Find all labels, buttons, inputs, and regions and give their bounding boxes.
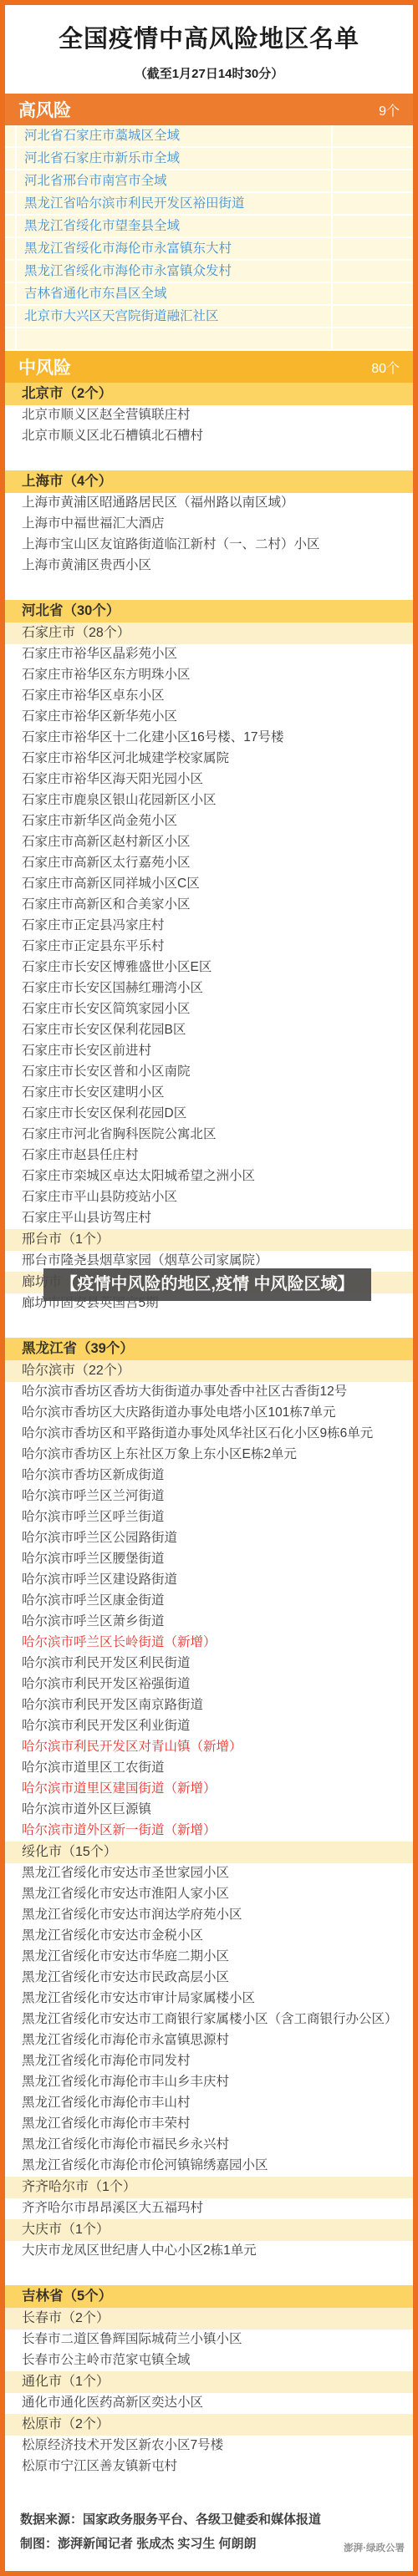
risk-area-row: 石家庄平山县访驾庄村 bbox=[5, 1208, 413, 1229]
row-text: 大庆市龙凤区世纪唐人中心小区2栋1单元 bbox=[22, 2241, 413, 2262]
high-risk-row: 黑龙江省哈尔滨市利民开发区裕田街道 bbox=[5, 193, 413, 214]
spacer-row bbox=[5, 577, 413, 600]
risk-area-row: 石家庄市长安区保利花园B区 bbox=[5, 1020, 413, 1041]
risk-area-row: 石家庄市栾城区卓达太阳城希望之洲小区 bbox=[5, 1166, 413, 1187]
province-header-row: 黑龙江省（39个） bbox=[5, 1338, 413, 1360]
city-header-row: 绥化市（15个） bbox=[5, 1842, 413, 1863]
row-text: 大庆市（1个） bbox=[22, 2219, 413, 2241]
table-cell bbox=[5, 238, 15, 259]
risk-area-row: 石家庄市新华区尚金苑小区 bbox=[5, 811, 413, 832]
high-risk-row bbox=[5, 328, 413, 349]
risk-area-row: 黑龙江省绥化市安达市民政高层小区 bbox=[5, 1968, 413, 1989]
risk-area-row: 哈尔滨市呼兰区兰河街道 bbox=[5, 1486, 413, 1507]
spacer-row bbox=[5, 2262, 413, 2285]
row-text: 石家庄市裕华区十二化建小区16号楼、17号楼 bbox=[22, 728, 413, 749]
row-text: 石家庄市长安区简筑家园小区 bbox=[22, 999, 413, 1020]
risk-area-row: 黑龙江省绥化市安达市淮阳人家小区 bbox=[5, 1884, 413, 1905]
risk-area-row: 石家庄市长安区博雅盛世小区E区 bbox=[5, 958, 413, 978]
risk-area-row: 上海市黄浦区贵西小区 bbox=[5, 556, 413, 577]
risk-area-row: 石家庄市长安区国赫红珊湾小区 bbox=[5, 978, 413, 999]
risk-area-row: 哈尔滨市香坊区和平路街道办事处风华社区石化小区9栋6单元 bbox=[5, 1424, 413, 1445]
risk-area-row: 哈尔滨市呼兰区腰堡街道 bbox=[5, 1549, 413, 1570]
province-header-row: 北京市（2个） bbox=[5, 383, 413, 405]
city-header-row: 哈尔滨市（22个） bbox=[5, 1360, 413, 1382]
risk-area-row: 哈尔滨市道里区工农街道 bbox=[5, 1758, 413, 1779]
risk-area-row: 黑龙江省绥化市海伦市永富镇思源村 bbox=[5, 2030, 413, 2051]
row-text: 石家庄市高新区赵村新区小区 bbox=[22, 832, 413, 853]
row-text: 黑龙江省绥化市安达市金税小区 bbox=[22, 1926, 413, 1947]
city-header-row: 邢台市（1个） bbox=[5, 1229, 413, 1251]
risk-area-row: 哈尔滨市道外区新一街道（新增） bbox=[5, 1821, 413, 1842]
row-text: 哈尔滨市道里区工农街道 bbox=[22, 1758, 413, 1779]
table-cell bbox=[333, 238, 413, 259]
table-cell bbox=[5, 125, 15, 146]
risk-area-text: 黑龙江省哈尔滨市利民开发区裕田街道 bbox=[17, 193, 331, 214]
row-text: 黑龙江省绥化市海伦市福民乡永兴村 bbox=[22, 2135, 413, 2156]
table-cell bbox=[5, 261, 15, 282]
table-cell bbox=[333, 216, 413, 236]
city-header-row: 长春市（2个） bbox=[5, 2308, 413, 2330]
infographic-page: 全国疫情中高风险地区名单 （截至1月27日14时30分） 高风险 9个 河北省石… bbox=[0, 0, 418, 2576]
row-text: 黑龙江省绥化市安达市审计局家属楼小区 bbox=[22, 1989, 413, 2009]
row-text: 黑龙江省绥化市安达市圣世家园小区 bbox=[22, 1863, 413, 1884]
table-cell bbox=[5, 306, 15, 327]
risk-area-text: 河北省邢台市南宫市全域 bbox=[17, 170, 331, 191]
row-text: 黑龙江省绥化市安达市华庭二期小区 bbox=[22, 1947, 413, 1968]
risk-area-row: 上海市黄浦区昭通路居民区（福州路以南区域） bbox=[5, 493, 413, 514]
city-header-row: 松原市（2个） bbox=[5, 2414, 413, 2436]
risk-area-row: 石家庄市河北省胸科医院公寓北区 bbox=[5, 1125, 413, 1146]
risk-area-text: 河北省石家庄市藁城区全域 bbox=[17, 125, 331, 146]
row-text: 北京市顺义区北石槽镇北石槽村 bbox=[22, 426, 413, 447]
spacer-row bbox=[5, 1314, 413, 1338]
row-text: 哈尔滨市香坊区大庆路街道办事处电塔小区101栋7单元 bbox=[22, 1403, 413, 1424]
page-header: 全国疫情中高风险地区名单 （截至1月27日14时30分） bbox=[5, 5, 413, 94]
high-risk-table: 河北省石家庄市藁城区全域河北省石家庄市新乐市全域河北省邢台市南宫市全域黑龙江省哈… bbox=[5, 125, 413, 351]
row-text: 吉林省（5个） bbox=[22, 2285, 413, 2308]
row-text: 哈尔滨市香坊区和平路街道办事处风华社区石化小区9栋6单元 bbox=[22, 1424, 413, 1445]
row-text: 石家庄市裕华区河北城建学校家属院 bbox=[22, 749, 413, 770]
risk-area-row: 黑龙江省绥化市海伦市丰山乡丰庆村 bbox=[5, 2072, 413, 2093]
row-text: 石家庄市正定县冯家庄村 bbox=[22, 916, 413, 937]
high-risk-row: 河北省石家庄市藁城区全域 bbox=[5, 125, 413, 146]
table-cell bbox=[5, 170, 15, 191]
row-text: 长春市公主岭市范家屯镇全域 bbox=[22, 2350, 413, 2371]
high-risk-row: 河北省石家庄市新乐市全域 bbox=[5, 148, 413, 169]
row-text: 石家庄市赵县任庄村 bbox=[22, 1146, 413, 1166]
risk-area-row: 哈尔滨市呼兰区长岭街道（新增） bbox=[5, 1633, 413, 1654]
risk-area-row: 哈尔滨市利民开发区对青山镇（新增） bbox=[5, 1737, 413, 1758]
row-text: 齐齐哈尔市昂昂溪区大五福玛村 bbox=[22, 2198, 413, 2219]
high-risk-row: 吉林省通化市东昌区全域 bbox=[5, 283, 413, 304]
row-text: 松原市宁江区善友镇新屯村 bbox=[22, 2457, 413, 2477]
row-text: 哈尔滨市利民开发区裕强街道 bbox=[22, 1674, 413, 1695]
risk-area-row: 通化市通化医药高新区奕达小区 bbox=[5, 2393, 413, 2414]
high-risk-row: 黑龙江省绥化市海伦市永富镇东大村 bbox=[5, 238, 413, 259]
table-cell bbox=[333, 148, 413, 169]
risk-area-row: 哈尔滨市呼兰区建设路街道 bbox=[5, 1570, 413, 1591]
table-cell bbox=[333, 125, 413, 146]
risk-area-row: 黑龙江省绥化市安达市润达学府苑小区 bbox=[5, 1905, 413, 1926]
risk-area-row: 哈尔滨市呼兰区康金街道 bbox=[5, 1591, 413, 1612]
risk-area-row: 北京市顺义区北石槽镇北石槽村 bbox=[5, 426, 413, 447]
row-text: 黑龙江省绥化市安达市淮阳人家小区 bbox=[22, 1884, 413, 1905]
table-cell bbox=[333, 328, 413, 349]
row-text: 上海市宝山区友谊路街道临江新村（一、二村）小区 bbox=[22, 535, 413, 556]
row-text: 松原经济技术开发区新农小区7号楼 bbox=[22, 2436, 413, 2457]
row-text: 石家庄市裕华区卓东小区 bbox=[22, 686, 413, 707]
row-text: 松原市（2个） bbox=[22, 2414, 413, 2436]
spacer-row bbox=[5, 447, 413, 470]
risk-area-row: 黑龙江省绥化市安达市华庭二期小区 bbox=[5, 1947, 413, 1968]
row-text: 哈尔滨市道里区建国街道（新增） bbox=[22, 1779, 413, 1800]
risk-area-row: 哈尔滨市呼兰区呼兰街道 bbox=[5, 1507, 413, 1528]
row-text: 石家庄市栾城区卓达太阳城希望之洲小区 bbox=[22, 1166, 413, 1187]
row-text: 长春市（2个） bbox=[22, 2308, 413, 2330]
table-cell bbox=[333, 306, 413, 327]
row-text: 邢台市（1个） bbox=[22, 1229, 413, 1251]
row-text: 哈尔滨市（22个） bbox=[22, 1360, 413, 1382]
medium-risk-section-band: 中风险 80个 bbox=[5, 351, 413, 383]
province-header-row: 河北省（30个） bbox=[5, 600, 413, 622]
row-text: 石家庄市平山县防疫站小区 bbox=[22, 1187, 413, 1208]
page-title: 全国疫情中高风险地区名单 bbox=[12, 20, 406, 54]
city-header-row: 通化市（1个） bbox=[5, 2371, 413, 2393]
row-text: 石家庄市鹿泉区银山花园新区小区 bbox=[22, 790, 413, 811]
risk-area-row: 石家庄市裕华区晶彩苑小区 bbox=[5, 644, 413, 665]
row-text: 石家庄市正定县东平乐村 bbox=[22, 937, 413, 958]
risk-area-row: 哈尔滨市利民开发区利业街道 bbox=[5, 1716, 413, 1737]
row-text: 哈尔滨市呼兰区萧乡街道 bbox=[22, 1612, 413, 1633]
risk-area-row: 哈尔滨市呼兰区公园路街道 bbox=[5, 1528, 413, 1549]
pengpai-logo: 澎湃·绿政公署 bbox=[344, 2541, 405, 2554]
table-cell bbox=[5, 328, 15, 349]
risk-area-row: 黑龙江省绥化市海伦市丰荣村 bbox=[5, 2114, 413, 2135]
province-header-row: 上海市（4个） bbox=[5, 470, 413, 493]
risk-area-row: 黑龙江省绥化市安达市圣世家园小区 bbox=[5, 1863, 413, 1884]
risk-area-row: 石家庄市裕华区十二化建小区16号楼、17号楼 bbox=[5, 728, 413, 749]
province-header-row: 吉林省（5个） bbox=[5, 2285, 413, 2308]
risk-area-row: 黑龙江省绥化市安达市审计局家属楼小区 bbox=[5, 1989, 413, 2009]
risk-area-row: 哈尔滨市利民开发区裕强街道 bbox=[5, 1674, 413, 1695]
row-text: 上海市（4个） bbox=[22, 470, 413, 493]
row-text: 哈尔滨市道外区新一街道（新增） bbox=[22, 1821, 413, 1842]
risk-area-row: 松原市宁江区善友镇新屯村 bbox=[5, 2457, 413, 2477]
risk-area-row: 石家庄市裕华区河北城建学校家属院 bbox=[5, 749, 413, 770]
watermark-overlay: 【疫情中风险的地区,疫情 中风险区域】 bbox=[43, 1268, 371, 1301]
row-text: 石家庄市长安区保利花园B区 bbox=[22, 1020, 413, 1041]
table-cell bbox=[5, 216, 15, 236]
risk-area-row: 哈尔滨市香坊区香坊大街街道办事处香中社区古香街12号 bbox=[5, 1382, 413, 1403]
risk-area-row: 长春市二道区鲁辉国际城荷兰小镇小区 bbox=[5, 2330, 413, 2350]
risk-area-row: 黑龙江省绥化市安达市金税小区 bbox=[5, 1926, 413, 1947]
table-cell bbox=[333, 170, 413, 191]
row-text: 哈尔滨市利民开发区南京路街道 bbox=[22, 1695, 413, 1716]
page-footer: 数据来源：国家政务服务平台、各级卫健委和媒体报道 制图：澎湃新闻记者 张成杰 实… bbox=[5, 2487, 413, 2571]
risk-area-row: 石家庄市赵县任庄村 bbox=[5, 1146, 413, 1166]
row-text: 哈尔滨市利民开发区利业街道 bbox=[22, 1716, 413, 1737]
risk-area-row: 石家庄市正定县冯家庄村 bbox=[5, 916, 413, 937]
risk-area-row: 松原经济技术开发区新农小区7号楼 bbox=[5, 2436, 413, 2457]
row-text: 通化市通化医药高新区奕达小区 bbox=[22, 2393, 413, 2414]
row-text: 黑龙江省绥化市安达市民政高层小区 bbox=[22, 1968, 413, 1989]
city-header-row: 廊坊市（1个）【疫情中风险的地区,疫情 中风险区域】 bbox=[5, 1272, 413, 1293]
risk-area-row: 黑龙江省绥化市安达市工商银行家属楼小区（含工商银行办公区） bbox=[5, 2009, 413, 2030]
risk-area-row: 上海市中福世福汇大酒店 bbox=[5, 514, 413, 535]
row-text: 北京市（2个） bbox=[22, 383, 413, 405]
row-text: 黑龙江省绥化市海伦市丰山乡丰庆村 bbox=[22, 2072, 413, 2093]
row-text: 石家庄市高新区太行嘉苑小区 bbox=[22, 853, 413, 874]
risk-area-text: 河北省石家庄市新乐市全域 bbox=[17, 148, 331, 169]
risk-area-row: 黑龙江省绥化市海伦市同发村 bbox=[5, 2051, 413, 2072]
risk-area-row: 石家庄市裕华区海天阳光园小区 bbox=[5, 770, 413, 790]
medium-risk-list: 北京市（2个）北京市顺义区赵全营镇联庄村北京市顺义区北石槽镇北石槽村上海市（4个… bbox=[5, 383, 413, 2477]
row-text: 哈尔滨市利民开发区利民街道 bbox=[22, 1654, 413, 1674]
row-text: 上海市黄浦区昭通路居民区（福州路以南区域） bbox=[22, 493, 413, 514]
risk-area-row: 上海市宝山区友谊路街道临江新村（一、二村）小区 bbox=[5, 535, 413, 556]
row-text: 石家庄市长安区博雅盛世小区E区 bbox=[22, 958, 413, 978]
row-text: 哈尔滨市呼兰区腰堡街道 bbox=[22, 1549, 413, 1570]
high-risk-row: 北京市大兴区天宫院街道融汇社区 bbox=[5, 306, 413, 327]
row-text: 黑龙江省绥化市安达市润达学府苑小区 bbox=[22, 1905, 413, 1926]
risk-area-row: 石家庄市长安区建明小区 bbox=[5, 1083, 413, 1104]
row-text: 河北省（30个） bbox=[22, 600, 413, 622]
risk-area-row: 石家庄市长安区保利花园D区 bbox=[5, 1104, 413, 1125]
risk-area-text: 黑龙江省绥化市海伦市永富镇众发村 bbox=[17, 261, 331, 282]
risk-area-row: 哈尔滨市利民开发区南京路街道 bbox=[5, 1695, 413, 1716]
risk-area-row: 北京市顺义区赵全营镇联庄村 bbox=[5, 405, 413, 426]
row-text: 黑龙江省绥化市海伦市伦河镇锦绣嘉园小区 bbox=[22, 2156, 413, 2177]
row-text: 黑龙江省绥化市海伦市丰山村 bbox=[22, 2093, 413, 2114]
risk-area-row: 齐齐哈尔市昂昂溪区大五福玛村 bbox=[5, 2198, 413, 2219]
table-cell bbox=[5, 193, 15, 214]
risk-area-row: 黑龙江省绥化市海伦市丰山村 bbox=[5, 2093, 413, 2114]
row-text: 石家庄市裕华区新华苑小区 bbox=[22, 707, 413, 728]
row-text: 哈尔滨市呼兰区建设路街道 bbox=[22, 1570, 413, 1591]
row-text: 石家庄市裕华区东方明珠小区 bbox=[22, 665, 413, 686]
medium-risk-count-badge: 80个 bbox=[371, 358, 400, 377]
risk-area-text bbox=[17, 328, 331, 349]
risk-area-row: 石家庄市长安区简筑家园小区 bbox=[5, 999, 413, 1020]
risk-area-row: 哈尔滨市香坊区大庆路街道办事处电塔小区101栋7单元 bbox=[5, 1403, 413, 1424]
risk-area-row: 石家庄市高新区太行嘉苑小区 bbox=[5, 853, 413, 874]
row-text: 石家庄市长安区前进村 bbox=[22, 1041, 413, 1062]
row-text: 上海市黄浦区贵西小区 bbox=[22, 556, 413, 577]
row-text: 石家庄市长安区保利花园D区 bbox=[22, 1104, 413, 1125]
row-text: 哈尔滨市香坊区香坊大街街道办事处香中社区古香街12号 bbox=[22, 1382, 413, 1403]
risk-area-row: 石家庄市高新区赵村新区小区 bbox=[5, 832, 413, 853]
risk-area-row: 石家庄市高新区和合美家小区 bbox=[5, 895, 413, 916]
risk-area-text: 黑龙江省绥化市望奎县全域 bbox=[17, 216, 331, 236]
table-cell bbox=[5, 148, 15, 169]
row-text: 石家庄市新华区尚金苑小区 bbox=[22, 811, 413, 832]
city-header-row: 齐齐哈尔市（1个） bbox=[5, 2177, 413, 2198]
row-text: 上海市中福世福汇大酒店 bbox=[22, 514, 413, 535]
row-text: 石家庄市河北省胸科医院公寓北区 bbox=[22, 1125, 413, 1146]
row-text: 哈尔滨市呼兰区公园路街道 bbox=[22, 1528, 413, 1549]
high-risk-row: 河北省邢台市南宫市全域 bbox=[5, 170, 413, 191]
high-risk-row: 黑龙江省绥化市望奎县全域 bbox=[5, 216, 413, 236]
risk-area-row: 黑龙江省绥化市海伦市伦河镇锦绣嘉园小区 bbox=[5, 2156, 413, 2177]
row-text: 黑龙江省（39个） bbox=[22, 1338, 413, 1360]
row-text: 哈尔滨市呼兰区呼兰街道 bbox=[22, 1507, 413, 1528]
row-text: 哈尔滨市道外区巨源镇 bbox=[22, 1800, 413, 1821]
risk-area-text: 黑龙江省绥化市海伦市永富镇东大村 bbox=[17, 238, 331, 259]
row-text: 长春市二道区鲁辉国际城荷兰小镇小区 bbox=[22, 2330, 413, 2350]
risk-area-row: 哈尔滨市道里区建国街道（新增） bbox=[5, 1779, 413, 1800]
risk-area-row: 哈尔滨市利民开发区利民街道 bbox=[5, 1654, 413, 1674]
row-text: 哈尔滨市利民开发区对青山镇（新增） bbox=[22, 1737, 413, 1758]
row-text: 石家庄市长安区国赫红珊湾小区 bbox=[22, 978, 413, 999]
risk-area-row: 石家庄市裕华区新华苑小区 bbox=[5, 707, 413, 728]
risk-area-text: 吉林省通化市东昌区全域 bbox=[17, 283, 331, 304]
row-text: 哈尔滨市呼兰区长岭街道（新增） bbox=[22, 1633, 413, 1654]
risk-area-row: 石家庄市裕华区东方明珠小区 bbox=[5, 665, 413, 686]
row-text: 石家庄市长安区建明小区 bbox=[22, 1083, 413, 1104]
row-text: 哈尔滨市香坊区上东社区万象上东小区E栋2单元 bbox=[22, 1445, 413, 1466]
risk-area-row: 石家庄市鹿泉区银山花园新区小区 bbox=[5, 790, 413, 811]
risk-area-row: 哈尔滨市道外区巨源镇 bbox=[5, 1800, 413, 1821]
risk-area-row: 哈尔滨市呼兰区萧乡街道 bbox=[5, 1612, 413, 1633]
risk-area-row: 石家庄市正定县东平乐村 bbox=[5, 937, 413, 958]
row-text: 石家庄市裕华区海天阳光园小区 bbox=[22, 770, 413, 790]
row-text: 黑龙江省绥化市海伦市永富镇思源村 bbox=[22, 2030, 413, 2051]
risk-area-row: 石家庄市长安区普和小区南院 bbox=[5, 1062, 413, 1083]
row-text: 石家庄市（28个） bbox=[22, 622, 413, 644]
medium-risk-label: 中风险 bbox=[18, 354, 71, 379]
risk-area-text: 北京市大兴区天宫院街道融汇社区 bbox=[17, 306, 331, 327]
risk-area-row: 哈尔滨市香坊区上东社区万象上东小区E栋2单元 bbox=[5, 1445, 413, 1466]
row-text: 通化市（1个） bbox=[22, 2371, 413, 2393]
row-text: 黑龙江省绥化市安达市工商银行家属楼小区（含工商银行办公区） bbox=[22, 2009, 413, 2030]
row-text: 黑龙江省绥化市海伦市丰荣村 bbox=[22, 2114, 413, 2135]
risk-area-row: 黑龙江省绥化市海伦市福民乡永兴村 bbox=[5, 2135, 413, 2156]
row-text: 石家庄市裕华区晶彩苑小区 bbox=[22, 644, 413, 665]
risk-area-row: 大庆市龙凤区世纪唐人中心小区2栋1单元 bbox=[5, 2241, 413, 2262]
risk-area-row: 石家庄市平山县防疫站小区 bbox=[5, 1187, 413, 1208]
table-cell bbox=[5, 283, 15, 304]
row-text: 石家庄市高新区和合美家小区 bbox=[22, 895, 413, 916]
high-risk-row: 黑龙江省绥化市海伦市永富镇众发村 bbox=[5, 261, 413, 282]
row-text: 哈尔滨市呼兰区兰河街道 bbox=[22, 1486, 413, 1507]
risk-area-row: 石家庄市高新区同祥城小区C区 bbox=[5, 874, 413, 895]
table-cell bbox=[333, 283, 413, 304]
row-text: 哈尔滨市呼兰区康金街道 bbox=[22, 1591, 413, 1612]
row-text: 石家庄市长安区普和小区南院 bbox=[22, 1062, 413, 1083]
table-cell bbox=[333, 193, 413, 214]
risk-area-row: 石家庄市长安区前进村 bbox=[5, 1041, 413, 1062]
risk-area-row: 长春市公主岭市范家屯镇全域 bbox=[5, 2350, 413, 2371]
high-risk-label: 高风险 bbox=[18, 97, 71, 122]
page-subtitle: （截至1月27日14时30分） bbox=[12, 64, 406, 82]
high-risk-section-band: 高风险 9个 bbox=[5, 94, 413, 125]
risk-area-row: 哈尔滨市香坊区新成街道 bbox=[5, 1466, 413, 1486]
row-text: 黑龙江省绥化市海伦市同发村 bbox=[22, 2051, 413, 2072]
city-header-row: 石家庄市（28个） bbox=[5, 622, 413, 644]
row-text: 石家庄平山县访驾庄村 bbox=[22, 1208, 413, 1229]
table-cell bbox=[333, 261, 413, 282]
data-source-text: 数据来源：国家政务服务平台、各级卫健委和媒体报道 bbox=[20, 2508, 410, 2533]
risk-area-row: 石家庄市裕华区卓东小区 bbox=[5, 686, 413, 707]
city-header-row: 大庆市（1个） bbox=[5, 2219, 413, 2241]
row-text: 北京市顺义区赵全营镇联庄村 bbox=[22, 405, 413, 426]
row-text: 绥化市（15个） bbox=[22, 1842, 413, 1863]
row-text: 齐齐哈尔市（1个） bbox=[22, 2177, 413, 2198]
row-text: 石家庄市高新区同祥城小区C区 bbox=[22, 874, 413, 895]
row-text: 哈尔滨市香坊区新成街道 bbox=[22, 1466, 413, 1486]
high-risk-count-badge: 9个 bbox=[379, 100, 400, 119]
